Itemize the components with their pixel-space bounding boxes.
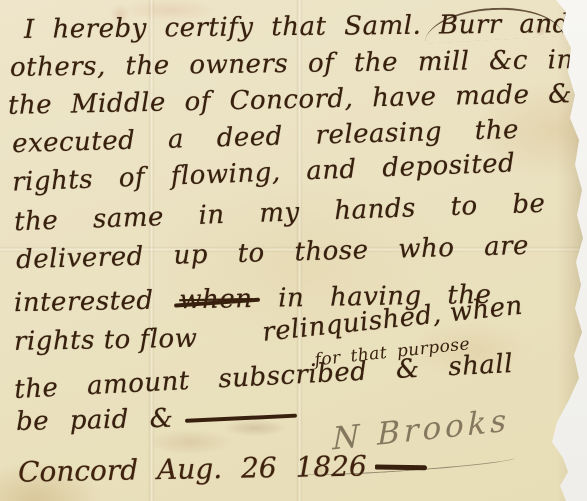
ink-strike-mark	[185, 414, 297, 423]
handwritten-line: the amount subscribed & shall	[14, 349, 514, 405]
dateline: Concord Aug. 26 1826	[18, 448, 427, 488]
ink-dash-mark	[375, 464, 427, 470]
handwritten-line: delivered up to those who are	[16, 231, 530, 275]
handwritten-line: others, the owners of the mill &c in	[10, 45, 574, 83]
document-paper: I hereby certify that Saml. Burr and oth…	[0, 0, 587, 501]
line-text: rights to flow	[14, 324, 198, 357]
handwritten-line: the Middle of Concord, have made &	[8, 79, 572, 121]
scan-background: I hereby certify that Saml. Burr and oth…	[0, 0, 587, 501]
struck-word: when	[179, 284, 253, 315]
line-text: be paid &	[16, 404, 174, 437]
handwritten-line: the same in my hands to be	[14, 189, 546, 238]
handwritten-line: be paid &	[16, 401, 298, 437]
line-text: interested	[14, 286, 154, 318]
handwritten-line: I hereby certify that Saml. Burr and	[24, 9, 570, 45]
dateline-text: Concord Aug. 26 1826	[18, 449, 367, 488]
